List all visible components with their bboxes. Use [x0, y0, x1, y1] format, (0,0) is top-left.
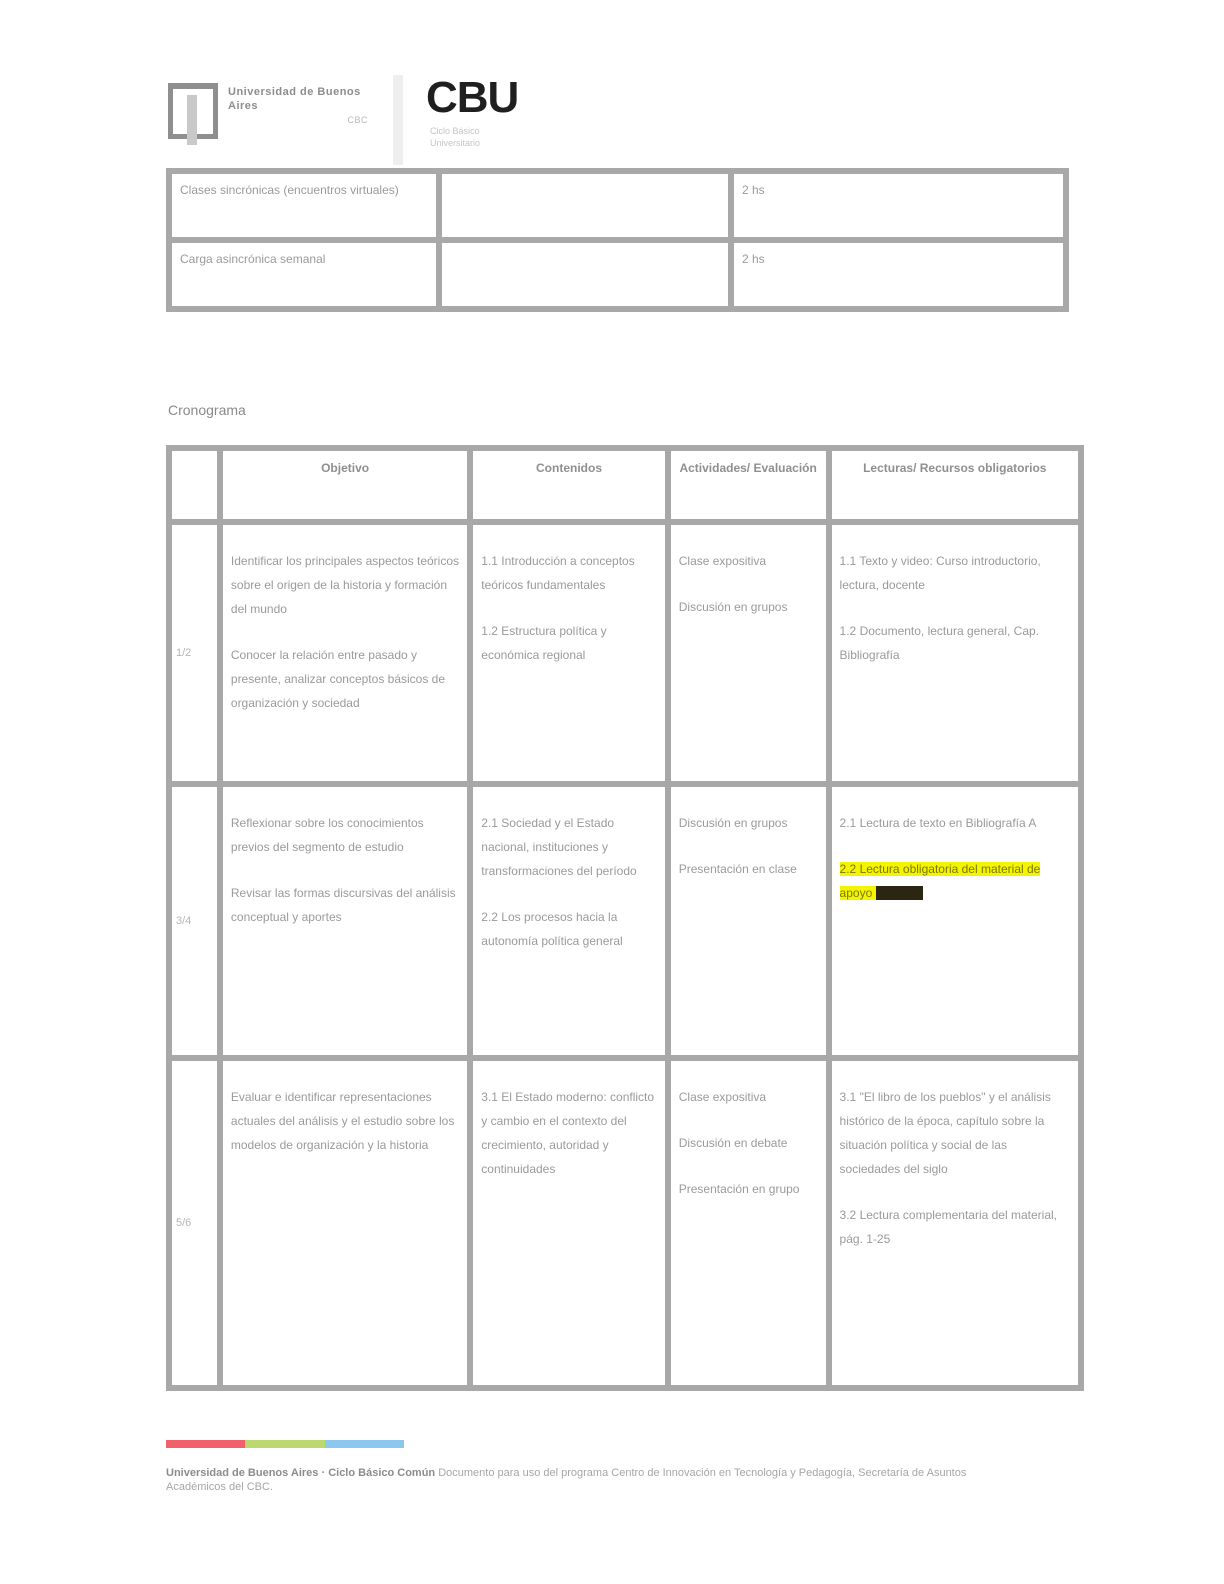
cell-contenidos: 3.1 El Estado moderno: conflicto y cambi…	[470, 1058, 667, 1388]
cell-objetivo: Identificar los principales aspectos teó…	[220, 522, 470, 784]
actividad-item: Clase expositiva	[679, 549, 818, 573]
highlight-selected-text: adicional	[876, 886, 923, 900]
cell-actividades: Discusión en grupos Presentación en clas…	[668, 784, 829, 1058]
header-contenidos: Contenidos	[470, 448, 667, 522]
actividad-item: Presentación en clase	[679, 857, 818, 881]
row-number: 3/4	[169, 784, 220, 1058]
header-objetivo: Objetivo	[220, 448, 470, 522]
brand-color-blue	[325, 1440, 404, 1448]
actividad-item: Discusión en grupos	[679, 811, 818, 835]
lectura-item: 3.1 "El libro de los pueblos" y el análi…	[840, 1085, 1070, 1181]
section-title: Cronograma	[168, 402, 246, 418]
header-actividades: Actividades/ Evaluación	[668, 448, 829, 522]
summary-value	[439, 240, 731, 309]
brand-logo: CBU	[426, 73, 518, 123]
lectura-item: 1.2 Documento, lectura general, Cap. Bib…	[840, 619, 1070, 667]
row-number: 1/2	[169, 522, 220, 784]
lectura-item: 2.1 Lectura de texto en Bibliografía A	[840, 811, 1070, 835]
actividad-item: Discusión en grupos	[679, 595, 818, 619]
actividad-item: Presentación en grupo	[679, 1177, 818, 1201]
header-lecturas: Lecturas/ Recursos obligatorios	[829, 448, 1081, 522]
objetivo-item: Conocer la relación entre pasado y prese…	[231, 643, 459, 715]
cell-actividades: Clase expositiva Discusión en grupos	[668, 522, 829, 784]
summary-value	[439, 171, 731, 240]
contenido-item: 2.1 Sociedad y el Estado nacional, insti…	[481, 811, 656, 883]
table-row: 1/2 Identificar los principales aspectos…	[169, 522, 1081, 784]
contenido-item: 3.1 El Estado moderno: conflicto y cambi…	[481, 1085, 656, 1181]
page-footer: Universidad de Buenos Aires · Ciclo Bási…	[166, 1466, 986, 1494]
objetivo-item: Evaluar e identificar representaciones a…	[231, 1085, 459, 1157]
contenido-item: 1.1 Introducción a conceptos teóricos fu…	[481, 549, 656, 597]
university-name: Universidad de Buenos Aires CBC	[228, 85, 368, 127]
footer-title: Universidad de Buenos Aires · Ciclo Bási…	[166, 1467, 435, 1479]
summary-label: Carga asincrónica semanal	[169, 240, 439, 309]
cell-lecturas: 3.1 "El libro de los pueblos" y el análi…	[829, 1058, 1081, 1388]
logo-divider	[393, 75, 403, 165]
summary-table: Clases sincrónicas (encuentros virtuales…	[166, 168, 1069, 312]
cell-objetivo: Evaluar e identificar representaciones a…	[220, 1058, 470, 1388]
objetivo-item: Reflexionar sobre los conocimientos prev…	[231, 811, 459, 859]
cell-lecturas: 2.1 Lectura de texto en Bibliografía A 2…	[829, 784, 1081, 1058]
actividad-item: Clase expositiva	[679, 1085, 818, 1109]
cell-contenidos: 1.1 Introducción a conceptos teóricos fu…	[470, 522, 667, 784]
cell-lecturas: 1.1 Texto y video: Curso introductorio, …	[829, 522, 1081, 784]
schedule-table: Objetivo Contenidos Actividades/ Evaluac…	[166, 445, 1084, 1391]
contenido-item: 1.2 Estructura política y económica regi…	[481, 619, 656, 667]
summary-hours: 2 hs	[731, 171, 1066, 240]
lectura-item: 1.1 Texto y video: Curso introductorio, …	[840, 549, 1070, 597]
university-sub: CBC	[228, 113, 368, 127]
institution-logo: Universidad de Buenos Aires CBC CBU Cicl…	[168, 75, 538, 165]
contenido-item: 2.2 Los procesos hacia la autonomía polí…	[481, 905, 656, 953]
brand-color-red	[166, 1440, 245, 1448]
university-logo-icon	[168, 83, 218, 139]
lectura-item: 3.2 Lectura complementaria del material,…	[840, 1203, 1070, 1251]
highlight-text: 2.2 Lectura obligatoria del material de …	[840, 862, 1041, 900]
table-row: Carga asincrónica semanal 2 hs	[169, 240, 1066, 309]
objetivo-item: Revisar las formas discursivas del análi…	[231, 881, 459, 929]
summary-hours: 2 hs	[731, 240, 1066, 309]
cell-actividades: Clase expositiva Discusión en debate Pre…	[668, 1058, 829, 1388]
table-header-row: Objetivo Contenidos Actividades/ Evaluac…	[169, 448, 1081, 522]
brand-color-bar	[166, 1440, 404, 1448]
summary-label: Clases sincrónicas (encuentros virtuales…	[169, 171, 439, 240]
row-number: 5/6	[169, 1058, 220, 1388]
cell-contenidos: 2.1 Sociedad y el Estado nacional, insti…	[470, 784, 667, 1058]
header-num	[169, 448, 220, 522]
table-row: Clases sincrónicas (encuentros virtuales…	[169, 171, 1066, 240]
brand-color-green	[245, 1440, 324, 1448]
table-row: 5/6 Evaluar e identificar representacion…	[169, 1058, 1081, 1388]
table-row: 3/4 Reflexionar sobre los conocimientos …	[169, 784, 1081, 1058]
cell-objetivo: Reflexionar sobre los conocimientos prev…	[220, 784, 470, 1058]
brand-subtitle: Ciclo Básico Universitario	[430, 125, 530, 149]
actividad-item: Discusión en debate	[679, 1131, 818, 1155]
university-name-text: Universidad de Buenos Aires	[228, 86, 361, 112]
highlighted-lectura: 2.2 Lectura obligatoria del material de …	[840, 857, 1070, 905]
objetivo-item: Identificar los principales aspectos teó…	[231, 549, 459, 621]
